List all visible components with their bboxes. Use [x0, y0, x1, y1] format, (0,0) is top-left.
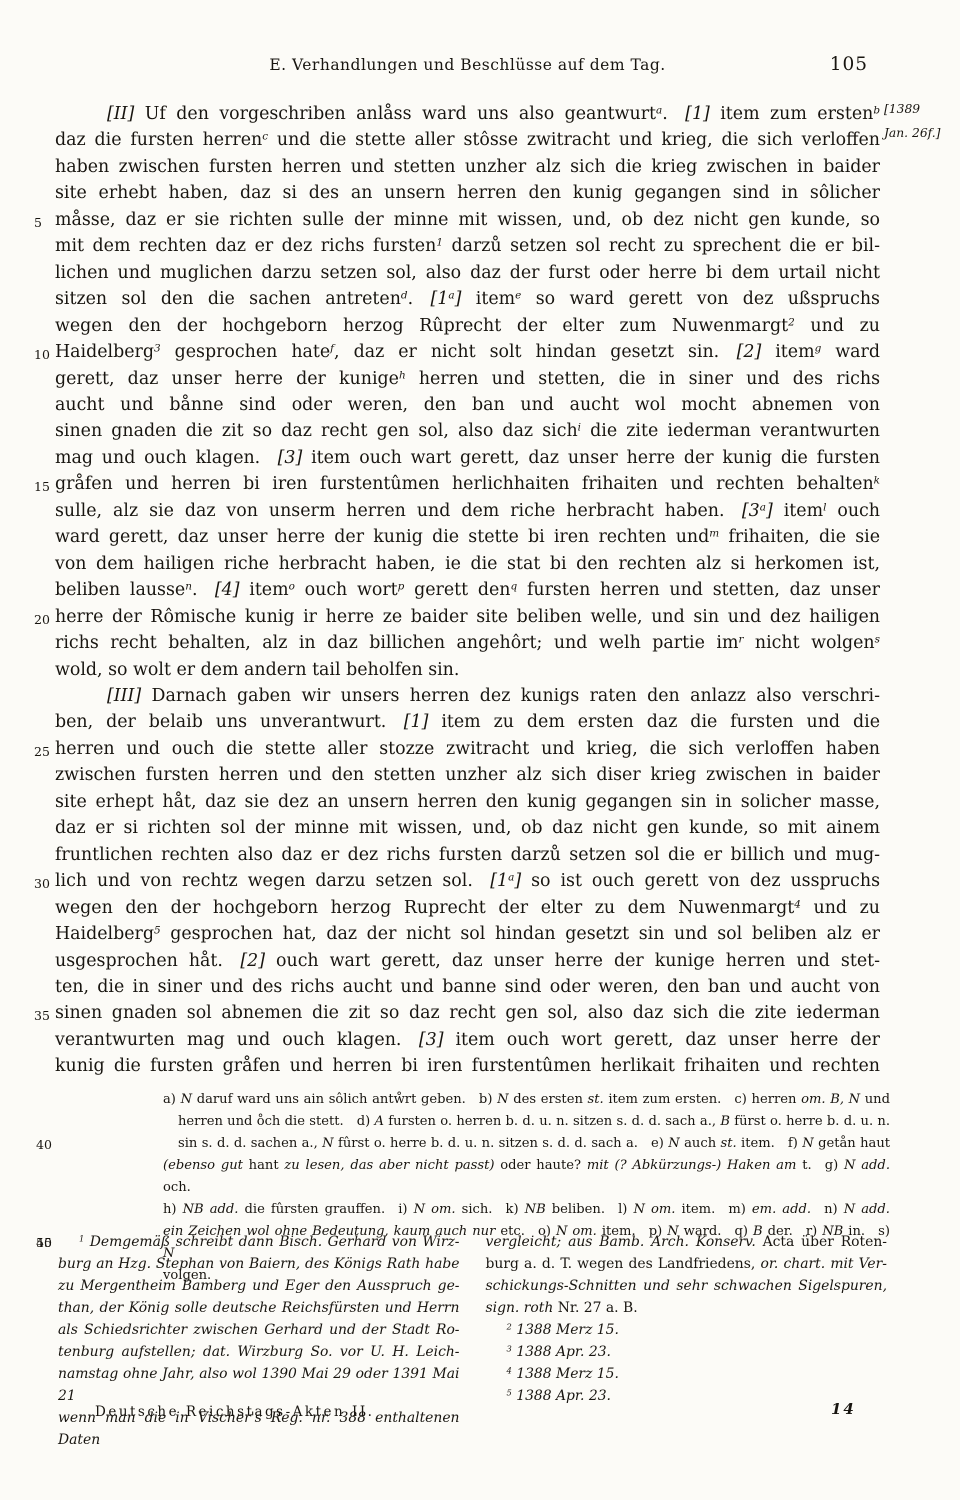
- line-text: daz die fursten herrenc und die stette a…: [55, 130, 880, 150]
- text-line: 5måsse, daz er sie richten sulle der min…: [55, 207, 880, 233]
- text-line: mit dem rechten daz er dez richs fursten…: [55, 233, 880, 259]
- text-line: usgesprochen håt. [2] ouch wart gerett, …: [55, 948, 880, 974]
- margin-line-number: 50: [36, 1232, 52, 1254]
- text-line: daz er si richten sol der minne mit wiss…: [55, 815, 880, 841]
- line-text: usgesprochen håt. [2] ouch wart gerett, …: [55, 951, 880, 971]
- line-text: 4 1388 Merz 15.: [507, 1366, 619, 1382]
- text-line: ten, die in siner und des richs aucht un…: [55, 974, 880, 1000]
- line-text: 3 1388 Apr. 23.: [507, 1344, 611, 1360]
- apparatus-line: herren und o̊ch die stett. d) A fursten …: [178, 1111, 890, 1133]
- line-text: (ebenso gut hant zu lesen, das aber nich…: [163, 1158, 890, 1195]
- line-text: herren und o̊ch die stett. d) A fursten …: [178, 1114, 890, 1129]
- text-line: wold, so wolt er dem andern tail beholfe…: [55, 657, 880, 683]
- page-footer: Deutsche Reichstags-Akten II. 14: [55, 1404, 880, 1420]
- text-line: richs recht behalten, alz in daz billich…: [55, 630, 880, 656]
- text-line: 15gråfen und herren bi iren furstentûmen…: [55, 471, 880, 497]
- line-text: lichen und muglichen darzu setzen sol, a…: [55, 263, 880, 283]
- line-text: vergleicht; aus Bamb. Arch. Konserv. Act…: [486, 1234, 887, 1250]
- line-text: zu Mergentheim Bamberg und Eger den Auss…: [58, 1278, 460, 1294]
- line-text: Haidelberg3 gesprochen hatef, daz er nic…: [55, 342, 880, 362]
- margin-date-line: [1389: [884, 97, 958, 121]
- line-text: a) N daruf ward uns ain sôlich antẘrt ge…: [163, 1092, 890, 1107]
- line-text: herren und ouch die stette aller stozze …: [55, 739, 880, 759]
- text-line: zwischen fursten herren und den stetten …: [55, 762, 880, 788]
- footnote-line: vergleicht; aus Bamb. Arch. Konserv. Act…: [486, 1231, 888, 1253]
- line-text: h) NB add. die fûrsten grauffen. i) N om…: [163, 1202, 890, 1217]
- apparatus-line: h) NB add. die fûrsten grauffen. i) N om…: [163, 1199, 890, 1221]
- line-text: schickungs-Schnitten und sehr schwachen …: [486, 1278, 888, 1294]
- margin-line-number: 5: [34, 210, 42, 236]
- text-line: haben zwischen fursten herren und stette…: [55, 154, 880, 180]
- footnote-line: zu Mergentheim Bamberg und Eger den Auss…: [58, 1275, 460, 1297]
- footnote-line: burg an Hzg. Stephan von Baiern, des Kön…: [58, 1253, 460, 1275]
- margin-line-number: 30: [34, 871, 50, 897]
- footnote-line: sign. roth Nr. 27 a. B.: [486, 1297, 888, 1319]
- text-line: 35sinen gnaden sol abnemen die zit so da…: [55, 1000, 880, 1026]
- running-head-title: E. Verhandlungen und Beschlüsse auf dem …: [269, 56, 665, 74]
- line-text: [III] Darnach gaben wir unsers herren de…: [107, 686, 880, 706]
- line-text: fruntlichen rechten also daz er dez rich…: [55, 845, 880, 865]
- line-text: sinen gnaden sol abnemen die zit so daz …: [55, 1003, 880, 1023]
- footnote-line: than, der König solle deutsche Reichsfür…: [58, 1297, 460, 1319]
- footnote-line: 50tenburg aufstellen; dat. Wirzburg So. …: [58, 1341, 460, 1363]
- line-text: than, der König solle deutsche Reichsfür…: [58, 1300, 460, 1316]
- line-text: ward gerett, daz unser herre der kunig d…: [55, 527, 880, 547]
- line-text: 2 1388 Merz 15.: [507, 1322, 619, 1338]
- line-text: Haidelberg5 gesprochen hat, daz der nich…: [55, 924, 880, 944]
- text-line: mag und ouch klagen. [3] item ouch wart …: [55, 445, 880, 471]
- line-text: zwischen fursten herren und den stetten …: [55, 765, 880, 785]
- text-line: 10Haidelberg3 gesprochen hatef, daz er n…: [55, 339, 880, 365]
- line-text: wold, so wolt er dem andern tail beholfe…: [55, 660, 459, 680]
- text-line: gerett, daz unser herre der kunigeh herr…: [55, 366, 880, 392]
- line-text: herre der Rômische kunig ir herre ze bai…: [55, 607, 880, 627]
- book-page: E. Verhandlungen und Beschlüsse auf dem …: [0, 0, 960, 1500]
- text-line: [II] Uf den vorgeschriben anlåss ward un…: [55, 101, 880, 127]
- text-line: sulle, alz sie daz von unserm herren und…: [55, 498, 880, 524]
- text-line: von dem hailigen riche herbracht haben, …: [55, 551, 880, 577]
- line-text: måsse, daz er sie richten sulle der minn…: [55, 210, 880, 230]
- line-text: daz er si richten sol der minne mit wiss…: [55, 818, 880, 838]
- text-line: beliben laussen. [4] itemo ouch wortp ge…: [55, 577, 880, 603]
- line-text: burg a. d. T. wegen des Landfriedens, or…: [486, 1256, 887, 1272]
- text-line: aucht und bånne sind oder weren, den ban…: [55, 392, 880, 418]
- footnote-line: 4 1388 Merz 15.: [486, 1363, 888, 1385]
- text-line: 20herre der Rômische kunig ir herre ze b…: [55, 604, 880, 630]
- text-line: wegen den der hochgeborn herzog Rûprecht…: [55, 313, 880, 339]
- footnote-line: namstag ohne Jahr, also wol 1390 Mai 29 …: [58, 1363, 460, 1407]
- line-text: sinen gnaden die zit so daz recht gen so…: [55, 421, 880, 441]
- apparatus-line: (ebenso gut hant zu lesen, das aber nich…: [163, 1155, 890, 1199]
- line-text: namstag ohne Jahr, also wol 1390 Mai 29 …: [58, 1366, 460, 1404]
- margin-line-number: 10: [34, 342, 50, 368]
- footnote-line: 3 1388 Apr. 23.: [486, 1341, 888, 1363]
- footnote-line: als Schiedsrichter zwischen Gerhard und …: [58, 1319, 460, 1341]
- footnote-line: burg a. d. T. wegen des Landfriedens, or…: [486, 1253, 888, 1275]
- line-text: site erhept håt, daz sie dez an unsern h…: [55, 792, 880, 812]
- text-line: site erhept håt, daz sie dez an unsern h…: [55, 789, 880, 815]
- apparatus-line: a) N daruf ward uns ain sôlich antẘrt ge…: [163, 1089, 890, 1111]
- line-text: sulle, alz sie daz von unserm herren und…: [55, 501, 880, 521]
- footnote-line: schickungs-Schnitten und sehr schwachen …: [486, 1275, 888, 1297]
- text-line: 25herren und ouch die stette aller stozz…: [55, 736, 880, 762]
- text-line: Haidelberg5 gesprochen hat, daz der nich…: [55, 921, 880, 947]
- text-line: fruntlichen rechten also daz er dez rich…: [55, 842, 880, 868]
- text-line: sitzen sol den die sachen antretend. [1a…: [55, 286, 880, 312]
- line-text: kunig die fursten gråfen und herren bi i…: [55, 1056, 880, 1076]
- text-line: ben, der belaib uns unverantwurt. [1] it…: [55, 709, 880, 735]
- line-text: sin s. d. d. sachen a., N fûrst o. herre…: [178, 1136, 890, 1151]
- text-line: kunig die fursten gråfen und herren bi i…: [55, 1053, 880, 1079]
- line-text: 5 1388 Apr. 23.: [507, 1388, 611, 1404]
- text-line: ward gerett, daz unser herre der kunig d…: [55, 524, 880, 550]
- line-text: ben, der belaib uns unverantwurt. [1] it…: [55, 712, 880, 732]
- margin-date-line: Jan. 26f.]: [884, 121, 958, 145]
- line-text: lich und von rechtz wegen darzu setzen s…: [55, 871, 880, 891]
- margin-line-number: 20: [34, 607, 50, 633]
- line-text: verantwurten mag und ouch klagen. [3] it…: [55, 1030, 880, 1050]
- line-text: burg an Hzg. Stephan von Baiern, des Kön…: [58, 1256, 460, 1272]
- footnote-line: 2 1388 Merz 15.: [486, 1319, 888, 1341]
- margin-line-number: 40: [36, 1134, 52, 1156]
- line-text: haben zwischen fursten herren und stette…: [55, 157, 880, 177]
- line-text: aucht und bånne sind oder weren, den ban…: [55, 395, 880, 415]
- margin-line-number: 25: [34, 739, 50, 765]
- text-line: sinen gnaden die zit so daz recht gen so…: [55, 418, 880, 444]
- margin-line-number: 35: [34, 1003, 50, 1029]
- footnote-line: 451 Demgemäß schreibt dann Bisch. Gerhar…: [58, 1231, 460, 1253]
- line-text: gråfen und herren bi iren furstentûmen h…: [55, 474, 880, 494]
- text-line: [III] Darnach gaben wir unsers herren de…: [55, 683, 880, 709]
- line-text: tenburg aufstellen; dat. Wirzburg So. vo…: [58, 1344, 460, 1360]
- text-line: site erhebt haben, daz si des an unsern …: [55, 180, 880, 206]
- line-text: richs recht behalten, alz in daz billich…: [55, 633, 880, 653]
- text-line: verantwurten mag und ouch klagen. [3] it…: [55, 1027, 880, 1053]
- page-number: 105: [830, 54, 868, 75]
- line-text: von dem hailigen riche herbracht haben, …: [55, 554, 880, 574]
- text-line: lichen und muglichen darzu setzen sol, a…: [55, 260, 880, 286]
- line-text: [II] Uf den vorgeschriben anlåss ward un…: [107, 104, 880, 124]
- series-signature: Deutsche Reichstags-Akten II.: [95, 1404, 374, 1420]
- margin-date-note: [1389 Jan. 26f.]: [884, 97, 958, 145]
- running-head: E. Verhandlungen und Beschlüsse auf dem …: [55, 56, 880, 74]
- apparatus-line: 40sin s. d. d. sachen a., N fûrst o. her…: [178, 1133, 890, 1155]
- text-line: daz die fursten herrenc und die stette a…: [55, 127, 880, 153]
- line-text: wegen den der hochgeborn herzog Ruprecht…: [55, 898, 880, 918]
- line-text: wegen den der hochgeborn herzog Rûprecht…: [55, 316, 880, 336]
- text-line: 30lich und von rechtz wegen darzu setzen…: [55, 868, 880, 894]
- line-text: site erhebt haben, daz si des an unsern …: [55, 183, 880, 203]
- line-text: mit dem rechten daz er dez richs fursten…: [55, 236, 880, 256]
- line-text: sitzen sol den die sachen antretend. [1a…: [55, 289, 880, 309]
- main-text: [II] Uf den vorgeschriben anlåss ward un…: [55, 101, 880, 1080]
- line-text: ten, die in siner und des richs aucht un…: [55, 977, 880, 997]
- sheet-number: 14: [831, 1400, 856, 1418]
- text-line: wegen den der hochgeborn herzog Ruprecht…: [55, 895, 880, 921]
- margin-line-number: 15: [34, 474, 50, 500]
- line-text: als Schiedsrichter zwischen Gerhard und …: [58, 1322, 460, 1338]
- line-text: sign. roth Nr. 27 a. B.: [486, 1300, 638, 1316]
- line-text: 1 Demgemäß schreibt dann Bisch. Gerhard …: [79, 1234, 460, 1250]
- line-text: gerett, daz unser herre der kunigeh herr…: [55, 369, 880, 389]
- line-text: beliben laussen. [4] itemo ouch wortp ge…: [55, 580, 880, 600]
- line-text: mag und ouch klagen. [3] item ouch wart …: [55, 448, 880, 468]
